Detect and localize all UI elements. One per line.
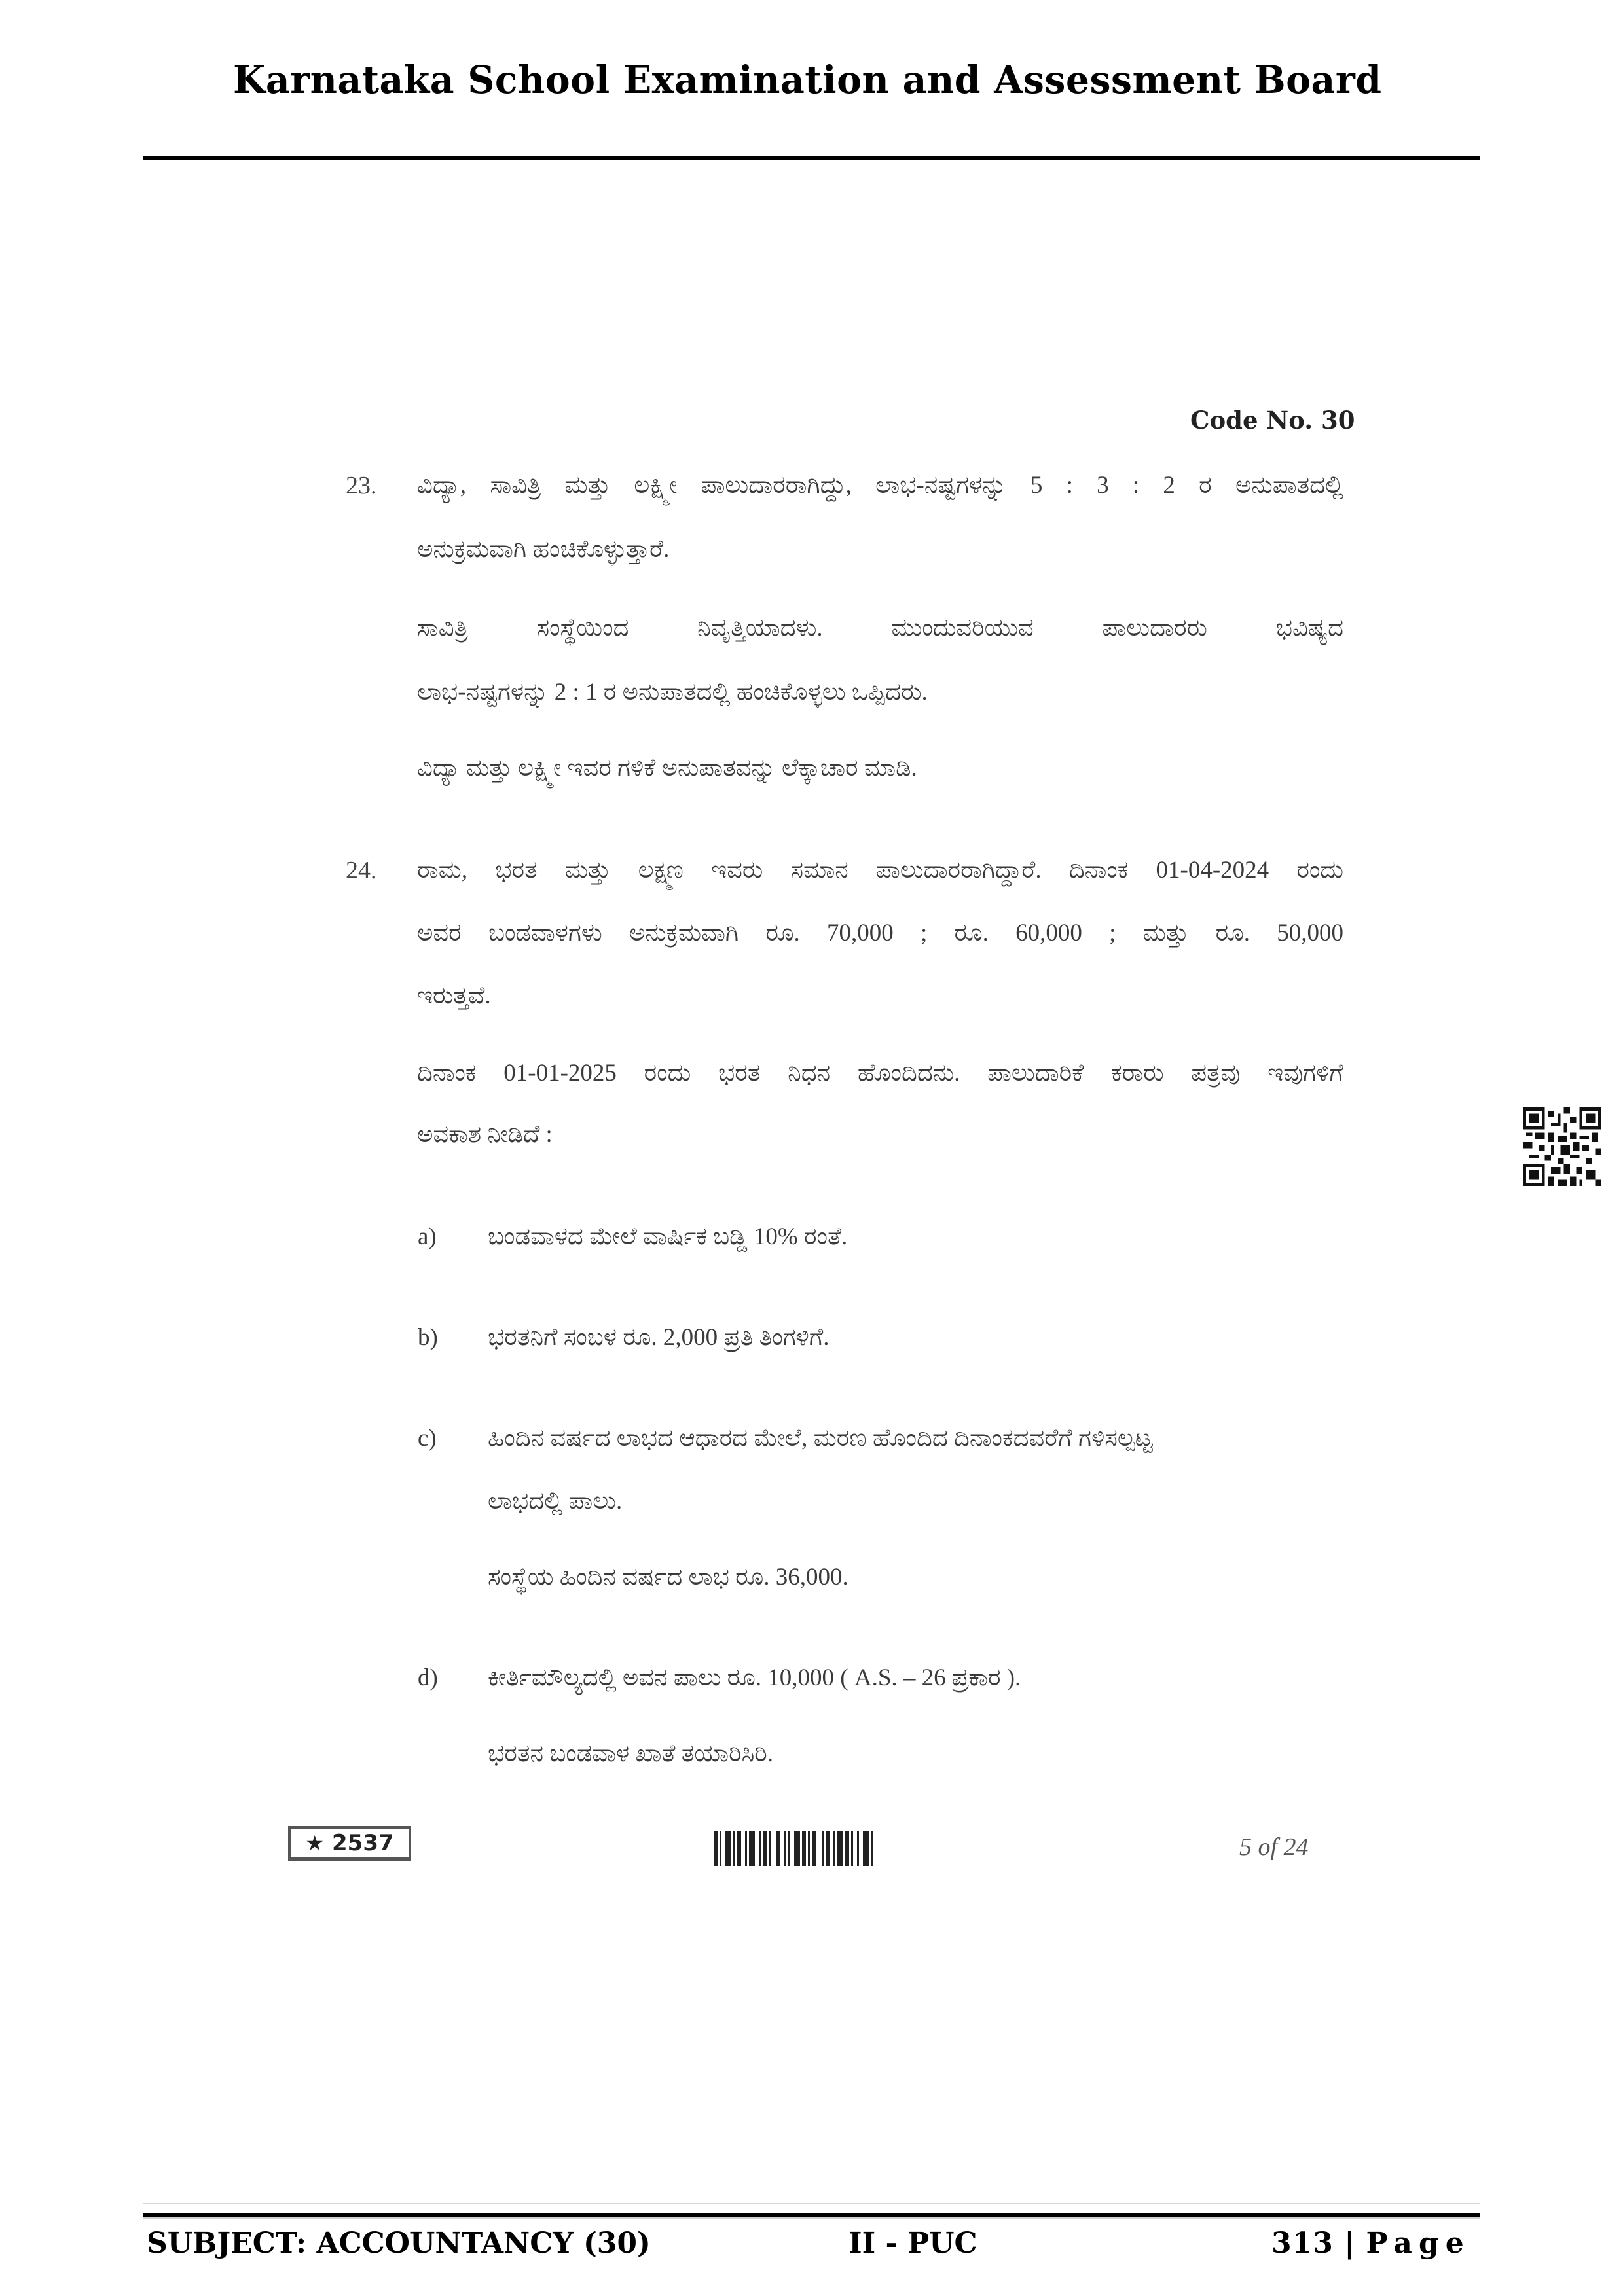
star-code-badge: ★ 2537 — [288, 1826, 411, 1861]
sub-item-text: ಕೀರ್ತಿಮೌಲ್ಯದಲ್ಲಿ ಅವನ ಪಾಲು ರೂ. 10,000 ( A… — [488, 1664, 1021, 1692]
code-number: Code No. 30 — [1190, 406, 1355, 435]
page-of-total: 5 of 24 — [1239, 1833, 1309, 1861]
footer-divider-shadow — [143, 2217, 1480, 2219]
question-number: 23. — [346, 471, 377, 500]
question-text-line: ಲಾಭ-ನಷ್ಟಗಳನ್ನು 2 : 1 ರ ಅನುಪಾತದಲ್ಲಿ ಹಂಚಿಕ… — [417, 678, 928, 706]
sub-item-text: ಭರತನಿಗೆ ಸಂಬಳ ರೂ. 2,000 ಪ್ರತಿ ತಿಂಗಳಿಗೆ. — [488, 1323, 830, 1352]
question-text-line: ವಿದ್ಯಾ ಮತ್ತು ಲಕ್ಷ್ಮೀ ಇವರ ಗಳಿಕೆ ಅನುಪಾತವನ್… — [417, 754, 917, 782]
qr-code-icon — [1523, 1107, 1601, 1186]
star-code: 2537 — [332, 1830, 394, 1856]
question-text-line: ರಾಮ, ಭರತ ಮತ್ತು ಲಕ್ಷ್ಮಣ ಇವರು ಸಮಾನ ಪಾಲುದಾರ… — [417, 856, 1343, 884]
sub-item-text: ಲಾಭದಲ್ಲಿ ಪಾಲು. — [488, 1487, 622, 1515]
page-number: 313 — [1271, 2227, 1334, 2260]
barcode-icon — [714, 1831, 934, 1866]
sub-item-label: b) — [418, 1323, 438, 1352]
question-text-line: ದಿನಾಂಕ 01-01-2025 ರಂದು ಭರತ ನಿಧನ ಹೊಂದಿದನು… — [417, 1059, 1343, 1087]
header-divider — [143, 156, 1480, 160]
question-text-line: ವಿದ್ಯಾ, ಸಾವಿತ್ರಿ ಮತ್ತು ಲಕ್ಷ್ಮೀ ಪಾಲುದಾರರಾ… — [417, 471, 1343, 499]
page-label: Page — [1366, 2227, 1470, 2260]
footer-divider-thin — [143, 2203, 1480, 2204]
sub-item-text: ಹಿಂದಿನ ವರ್ಷದ ಲಾಭದ ಆಧಾರದ ಮೇಲೆ, ಮರಣ ಹೊಂದಿದ… — [488, 1424, 1153, 1452]
footer-divider — [143, 2213, 1480, 2217]
board-title: Karnataka School Examination and Assessm… — [233, 58, 1382, 102]
sub-item-text: ಸಂಸ್ಥೆಯ ಹಿಂದಿನ ವರ್ಷದ ಲಾಭ ರೂ. 36,000. — [488, 1563, 848, 1591]
page-separator: | — [1344, 2227, 1355, 2260]
sub-item-text: ಭರತನ ಬಂಡವಾಳ ಖಾತೆ ತಯಾರಿಸಿರಿ. — [488, 1740, 773, 1768]
sub-item-text: ಬಂಡವಾಳದ ಮೇಲೆ ವಾರ್ಷಿಕ ಬಡ್ಡಿ 10% ರಂತೆ. — [488, 1223, 847, 1251]
question-text-line: ಅವಕಾಶ ನೀಡಿದೆ : — [417, 1121, 553, 1149]
sub-item-label: d) — [418, 1664, 438, 1692]
sub-item-label: c) — [418, 1424, 437, 1452]
question-text-line: ಅನುಕ್ರಮವಾಗಿ ಹಂಚಿಕೊಳ್ಳುತ್ತಾರೆ. — [417, 535, 669, 564]
footer-page-number: 313 | Page — [1271, 2227, 1470, 2260]
question-text-line: ಅವರ ಬಂಡವಾಳಗಳು ಅನುಕ್ರಮವಾಗಿ ರೂ. 70,000 ; ರ… — [417, 919, 1343, 947]
footer-class: II - PUC — [848, 2227, 977, 2260]
question-text-line: ಇರುತ್ತವೆ. — [417, 982, 491, 1010]
star-icon: ★ — [305, 1831, 324, 1856]
question-text-line: ಸಾವಿತ್ರಿ ಸಂಸ್ಥೆಯಿಂದ ನಿವೃತ್ತಿಯಾದಳು. ಮುಂದು… — [417, 614, 1343, 642]
question-number: 24. — [346, 856, 377, 885]
sub-item-label: a) — [418, 1223, 437, 1251]
footer-subject: SUBJECT: ACCOUNTANCY (30) — [147, 2227, 651, 2260]
